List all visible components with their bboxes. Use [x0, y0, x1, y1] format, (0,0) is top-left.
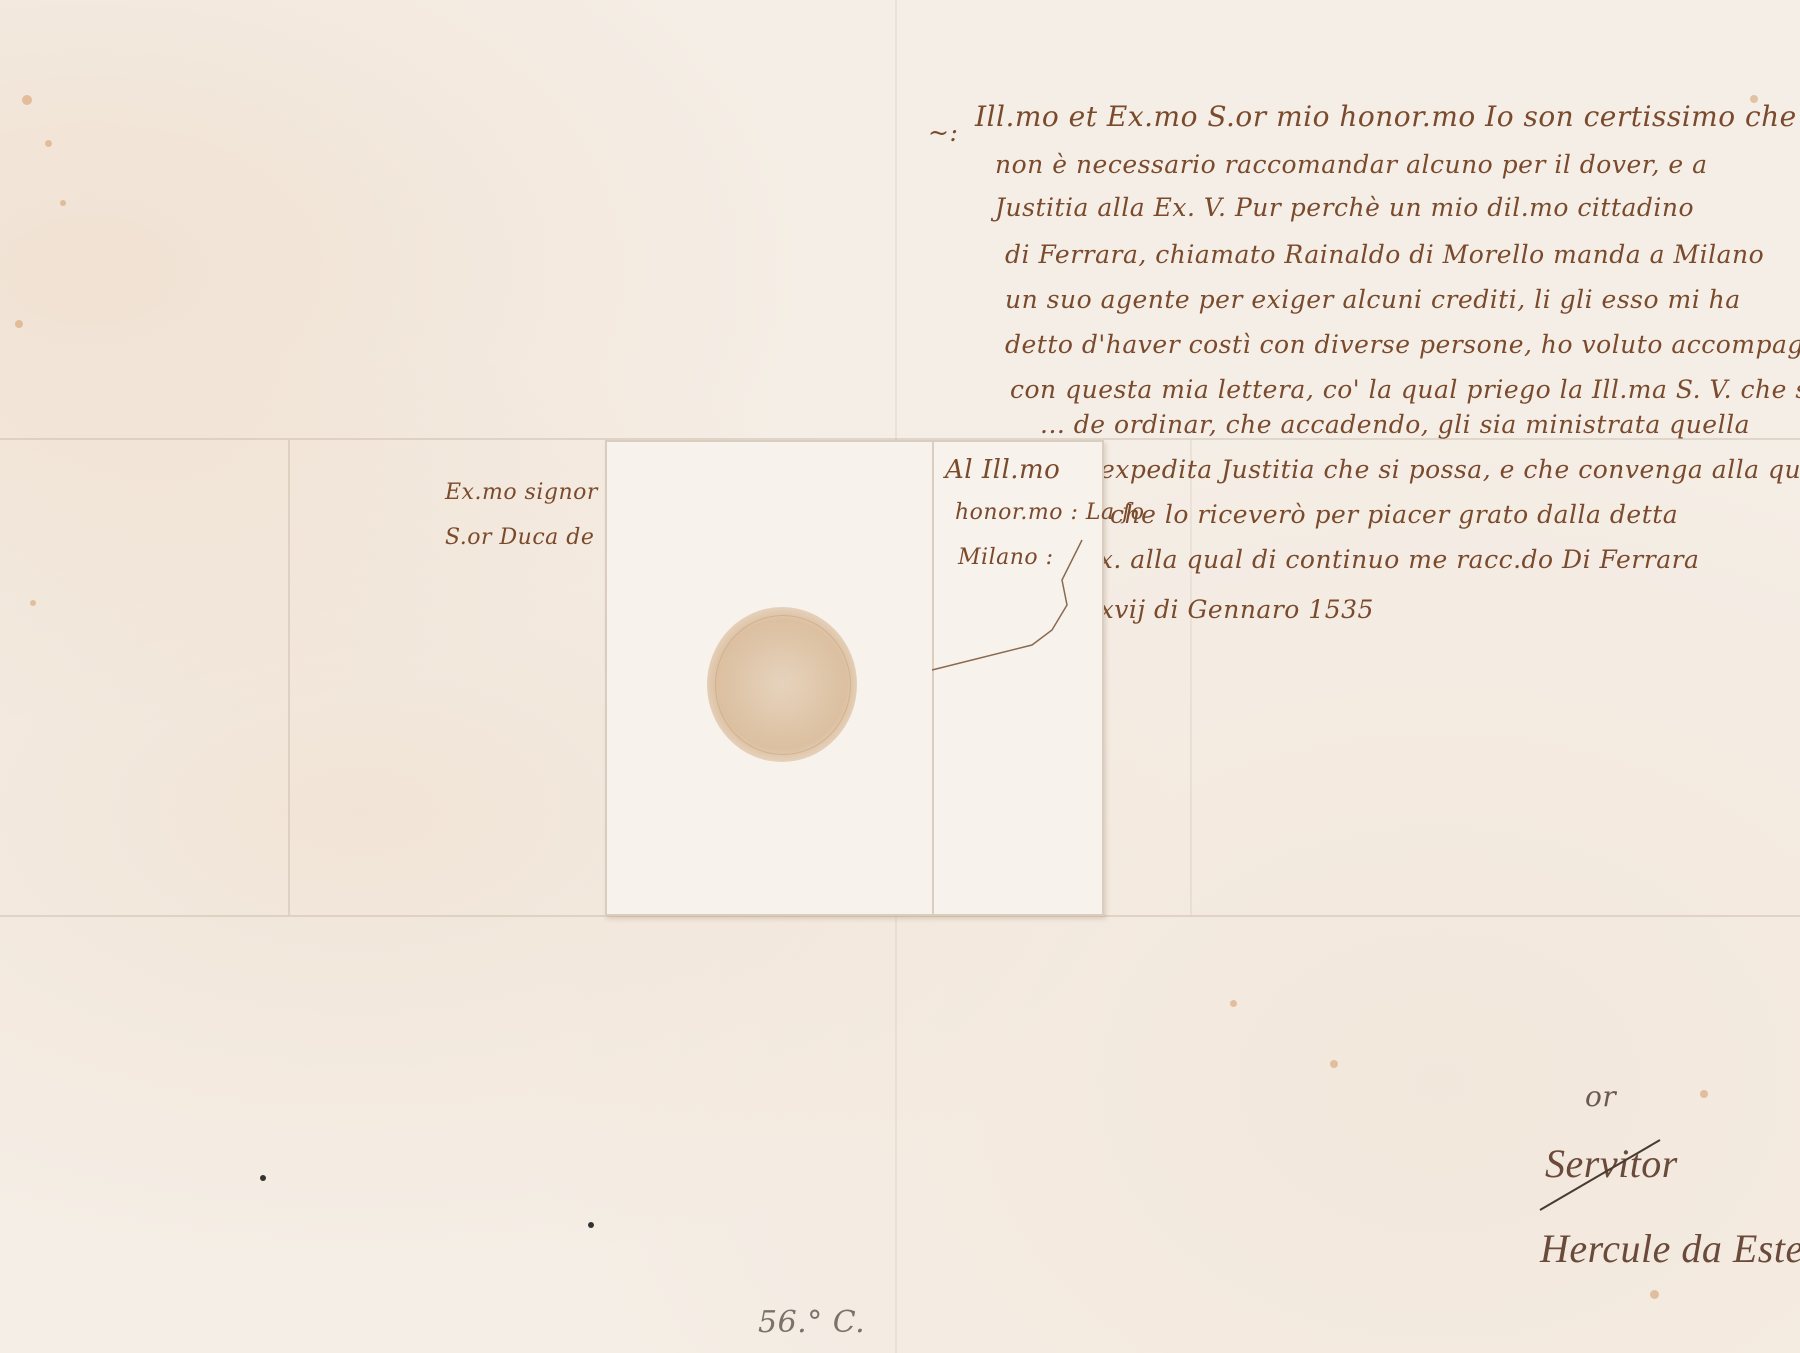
- address-left-line-1: Ex.mo signor: [445, 480, 598, 505]
- letter-date-line: xxvij di Gennaro 1535: [1085, 595, 1374, 624]
- address-flap-line-1: Al Ill.mo: [945, 455, 1060, 485]
- address-left-line-2: S.or Duca de: [445, 525, 594, 550]
- letter-line-8: ... de ordinar, che accadendo, gli sia m…: [1040, 410, 1750, 439]
- foxing-spot: [60, 200, 66, 206]
- foxing-spot: [45, 140, 52, 147]
- foxing-spot: [1650, 1290, 1659, 1299]
- ink-dot: [260, 1175, 266, 1181]
- foxing-spot: [1330, 1060, 1338, 1068]
- letter-line-9: expedita Justitia che si possa, e che co…: [1100, 455, 1800, 484]
- document-page: ~: Ill.mo et Ex.mo S.or mio honor.mo Io …: [0, 0, 1800, 1353]
- archival-note: 56.° C.: [758, 1305, 865, 1340]
- letter-line-3: Justitia alla Ex. V. Pur perchè un mio d…: [995, 193, 1694, 222]
- letter-line-4: di Ferrara, chiamato Rainaldo di Morello…: [1005, 240, 1764, 269]
- letter-line-7: con questa mia lettera, co' la qual prie…: [1010, 375, 1800, 404]
- foxing-spot: [15, 320, 23, 328]
- salutation-mark: ~:: [928, 118, 958, 147]
- foxing-spot: [30, 600, 36, 606]
- seal-ring: [715, 615, 851, 755]
- fold-line-vertical-left: [288, 440, 290, 915]
- letter-line-11: Ex. alla qual di continuo me racc.do Di …: [1080, 545, 1699, 574]
- letter-line-6: detto d'haver costì con diverse persone,…: [1005, 330, 1800, 359]
- signature-flourish: [1535, 1135, 1665, 1215]
- letter-line-2: non è necessario raccomandar alcuno per …: [995, 150, 1708, 179]
- address-flap-line-2: honor.mo : La ſo: [955, 500, 1145, 525]
- signature: Hercule da Este: [1540, 1225, 1800, 1272]
- letter-line-10: che lo riceverò per piacer grato dalla d…: [1110, 500, 1678, 529]
- address-flap-line-3: Milano :: [958, 545, 1054, 570]
- foxing-spot: [1700, 1090, 1708, 1098]
- letter-line-5: un suo agente per exiger alcuni crediti,…: [1005, 285, 1741, 314]
- foxing-spot: [22, 95, 32, 105]
- ink-dot: [588, 1222, 594, 1228]
- letter-line-1: Ill.mo et Ex.mo S.or mio honor.mo Io son…: [975, 100, 1797, 133]
- closing-prefix: or: [1585, 1080, 1616, 1113]
- foxing-spot: [1230, 1000, 1237, 1007]
